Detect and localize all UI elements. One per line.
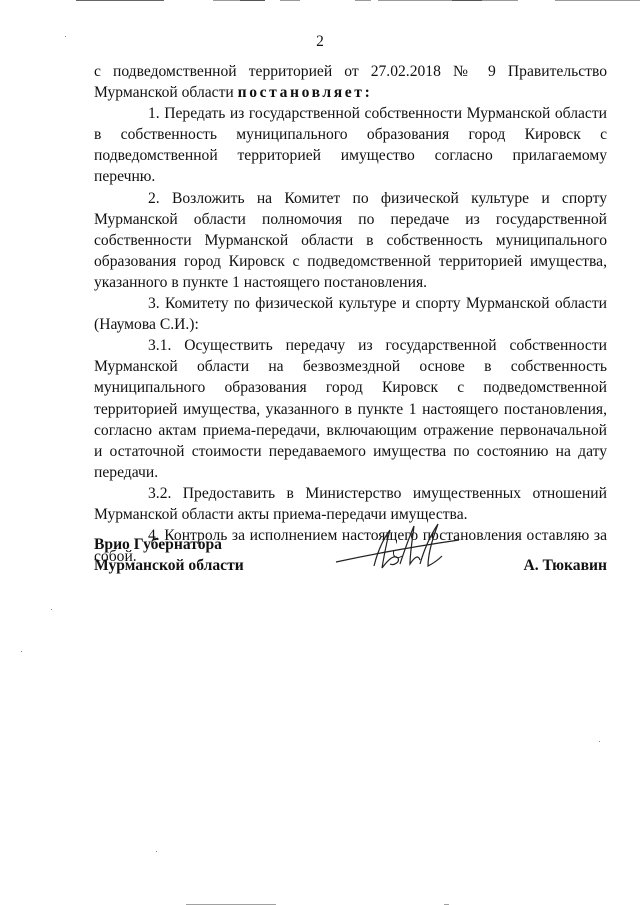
scan-speck [21, 651, 22, 652]
decree-prefix: Мурманской области [94, 84, 238, 101]
signer-name: А. Тюкавин [523, 555, 607, 576]
scan-speck [599, 741, 600, 742]
scan-speck [51, 609, 52, 610]
handwritten-signature-icon [334, 520, 474, 580]
paragraph-continuation: с подведомственной территорией от 27.02.… [94, 61, 607, 82]
paragraph-decree-verb: Мурманской области постановляет: [94, 82, 607, 103]
clause-3-1: 3.1. Осуществить передачу из государстве… [94, 335, 607, 483]
scan-speck [65, 36, 66, 37]
clause-2: 2. Возложить на Комитет по физической ку… [94, 188, 607, 293]
scan-edge-top [0, 0, 640, 2]
document-body: с подведомственной территорией от 27.02.… [94, 61, 607, 567]
clause-3-2: 3.2. Предоставить в Министерство имущест… [94, 483, 607, 525]
clause-1: 1. Передать из государственной собственн… [94, 103, 607, 187]
signature-block: Врио Губернатора Мурманской области А. Т… [94, 534, 607, 584]
signer-position: Врио Губернатора Мурманской области [94, 534, 244, 576]
page-number: 2 [0, 33, 640, 51]
position-line-1: Врио Губернатора [94, 534, 244, 555]
position-line-2: Мурманской области [94, 555, 244, 576]
scan-speck [156, 851, 157, 852]
clause-3: 3. Комитету по физической культуре и спо… [94, 293, 607, 335]
decree-emphasis: постановляет: [238, 84, 373, 101]
